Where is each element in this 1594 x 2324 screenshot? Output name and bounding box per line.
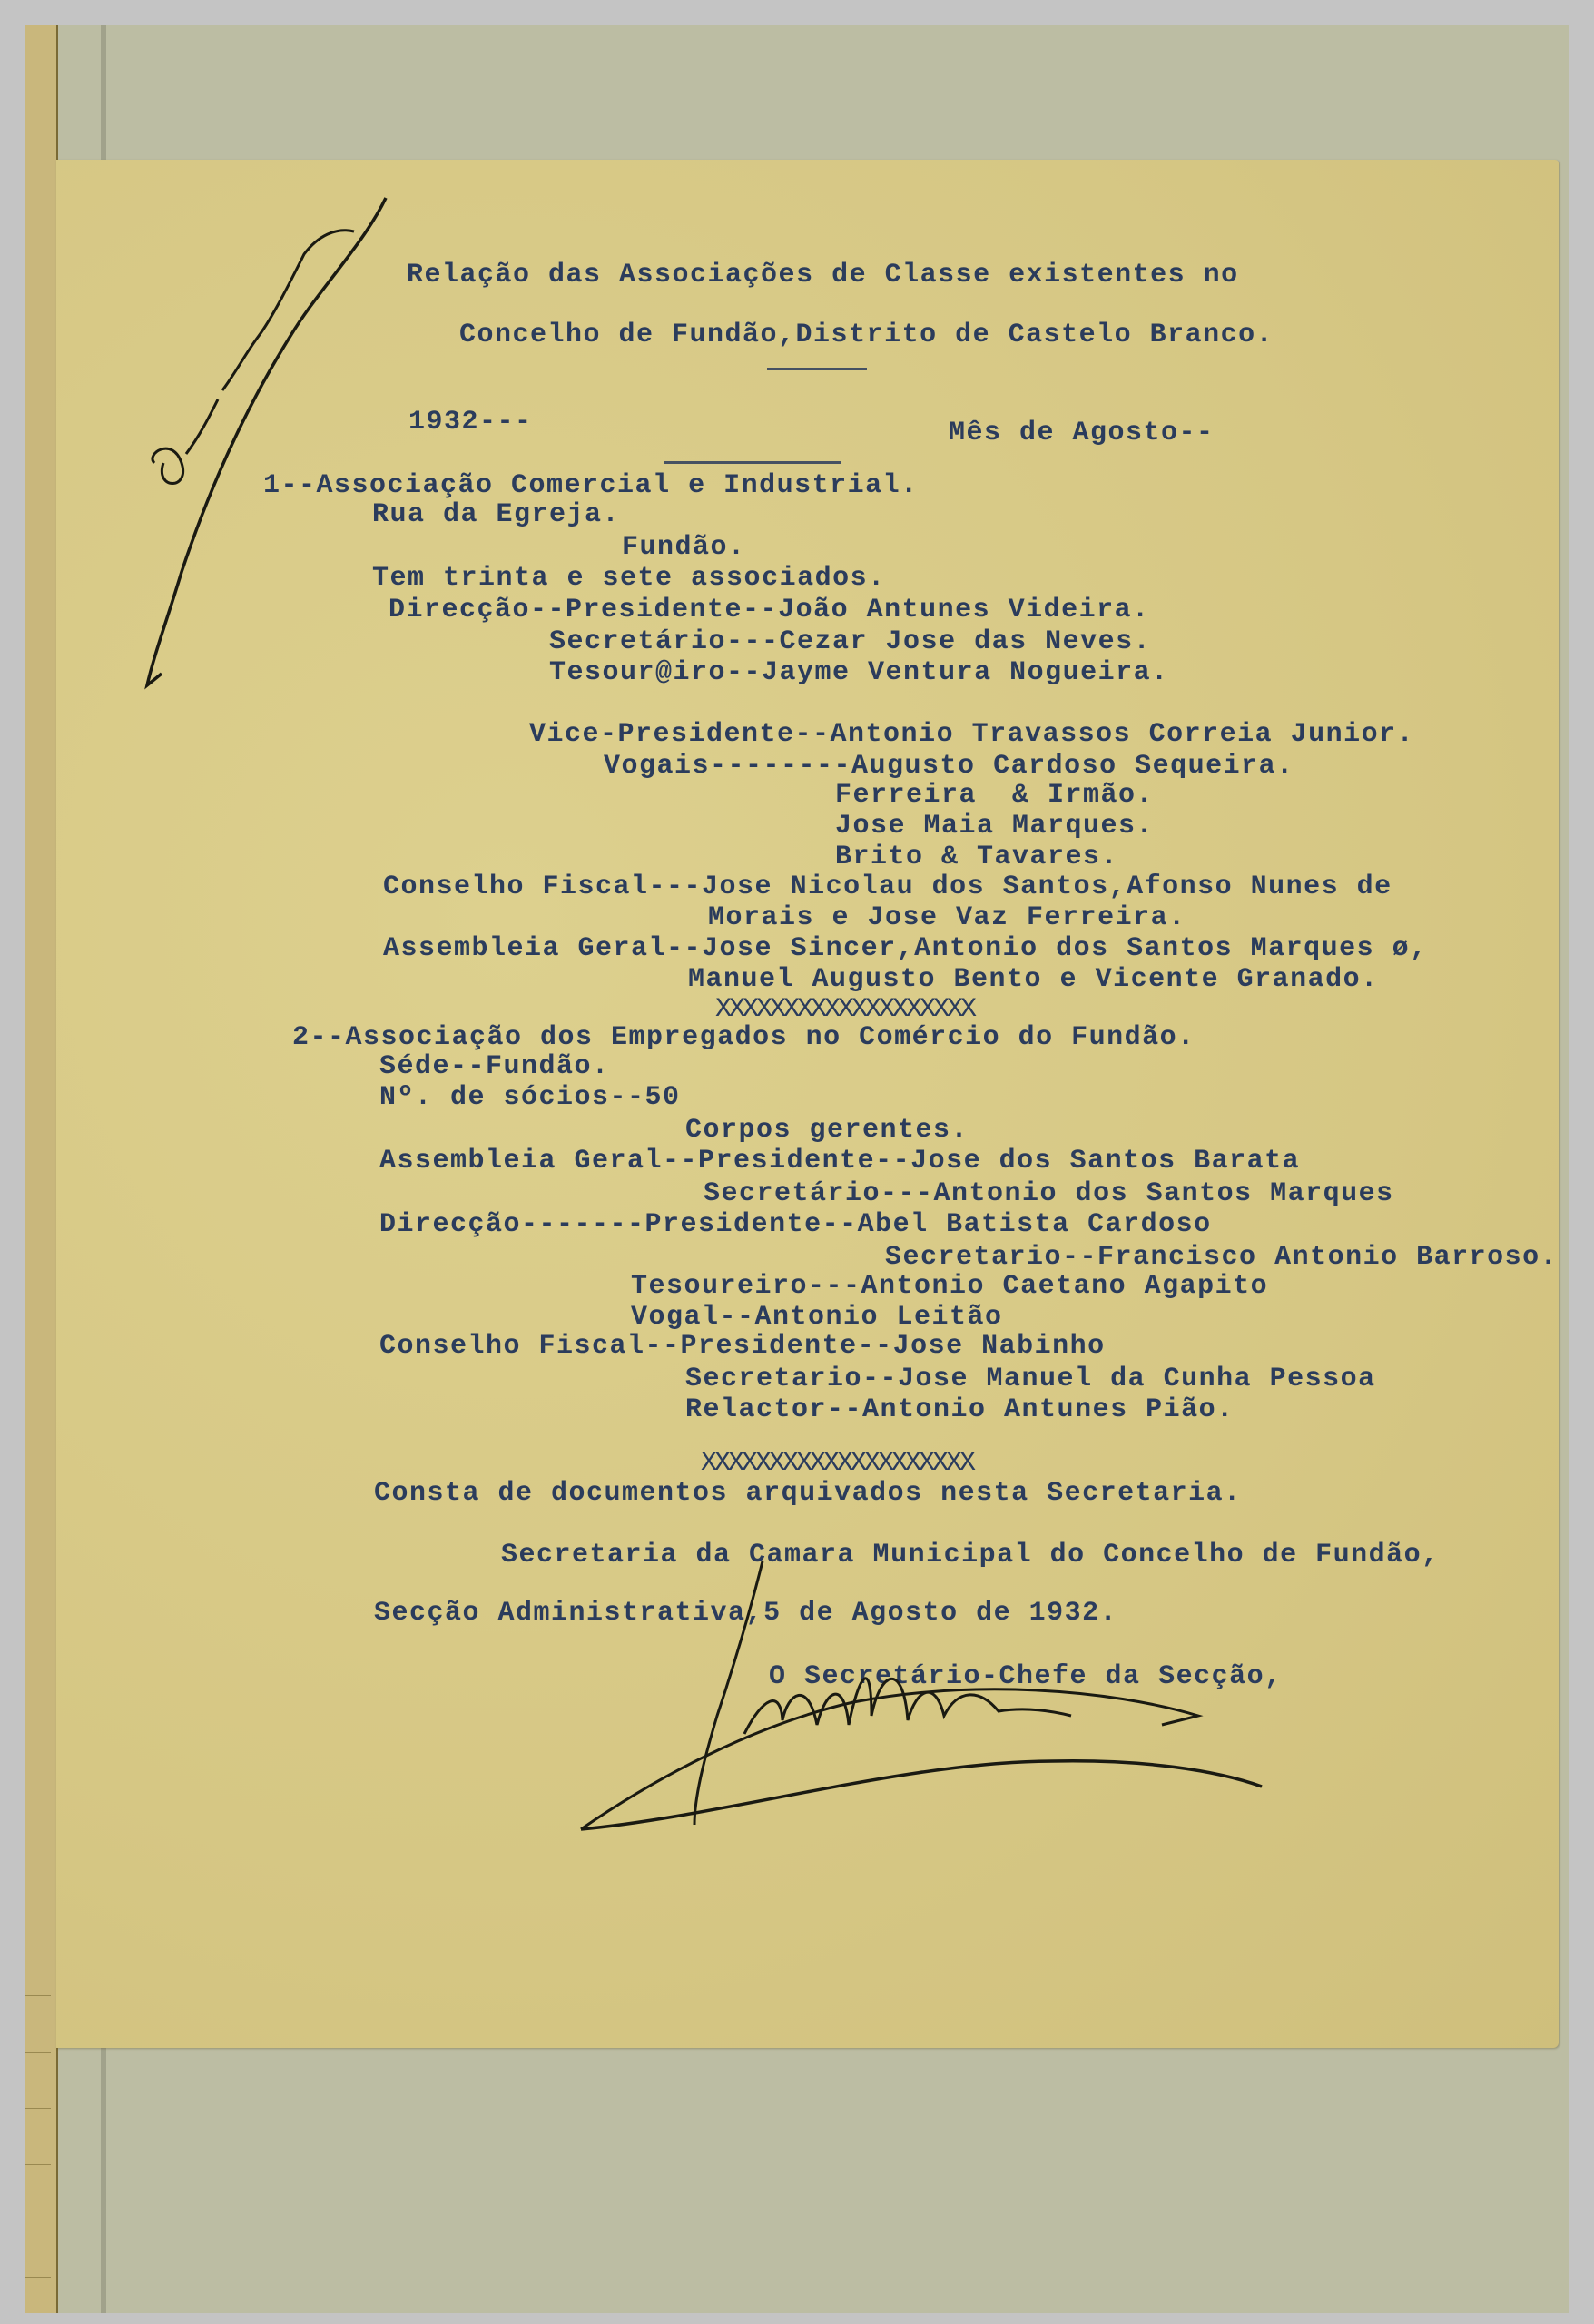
document-title-line-1: Relação das Associações de Classe existe… [407, 260, 1239, 290]
assoc1-direccao-presidente: Direcção--Presidente--João Antunes Videi… [389, 595, 1150, 625]
assoc1-town: Fundão. [622, 532, 746, 563]
month: Mês de Agosto-- [949, 418, 1215, 448]
assoc1-vogais-1: Vogais--------Augusto Cardoso Sequeira. [604, 751, 1294, 782]
assoc1-heading: 1--Associação Comercial e Industrial. [263, 470, 919, 501]
section-rule [664, 461, 841, 464]
assoc2-corpos-gerentes: Corpos gerentes. [685, 1115, 969, 1146]
assoc1-assembleia-geral-2: Manuel Augusto Bento e Vicente Granado. [688, 964, 1379, 995]
assoc1-conselho-fiscal-2: Morais e Jose Vaz Ferreira. [708, 902, 1186, 933]
assoc2-heading: 2--Associação dos Empregados no Comércio… [292, 1022, 1195, 1053]
assoc2-dir-presidente: Direcção-------Presidente--Abel Batista … [379, 1209, 1212, 1240]
assoc1-vice-presidente: Vice-Presidente--Antonio Travassos Corre… [529, 719, 1414, 750]
year: 1932--- [408, 407, 533, 438]
assoc2-cf-relactor: Relactor--Antonio Antunes Pião. [685, 1394, 1235, 1425]
handwritten-duplicado-annotation [136, 191, 408, 699]
assoc2-dir-tesoureiro: Tesoureiro---Antonio Caetano Agapito [631, 1271, 1268, 1302]
assoc2-cf-presidente: Conselho Fiscal--Presidente--Jose Nabinh… [379, 1331, 1106, 1362]
assoc2-sede: Séde--Fundão. [379, 1051, 610, 1082]
assoc1-conselho-fiscal-1: Conselho Fiscal---Jose Nicolau dos Santo… [383, 871, 1392, 902]
handwritten-signature [545, 1552, 1452, 1852]
assoc2-ag-presidente: Assembleia Geral--Presidente--Jose dos S… [379, 1146, 1300, 1177]
assoc1-assembleia-geral-1: Assembleia Geral--Jose Sincer,Antonio do… [383, 933, 1428, 964]
document-title-line-2: Concelho de Fundão,Distrito de Castelo B… [459, 320, 1274, 350]
page-shadow-top [101, 25, 106, 162]
assoc2-ag-secretario: Secretário---Antonio dos Santos Marques [704, 1178, 1394, 1209]
assoc1-members: Tem trinta e sete associados. [372, 563, 886, 594]
assoc2-cf-secretario: Secretario--Jose Manuel da Cunha Pessoa [685, 1364, 1376, 1394]
folder-edge [25, 25, 58, 2313]
page-shadow-bottom [101, 2047, 106, 2313]
assoc1-tesoureiro: Tesour@iro--Jayme Ventura Nogueira. [549, 657, 1169, 688]
assoc1-secretario: Secretário---Cezar Jose das Neves. [549, 626, 1151, 657]
assoc2-separator: XXXXXXXXXXXXXXXXXXXX [701, 1448, 973, 1479]
assoc2-dir-secretario: Secretario--Francisco Antonio Barroso. [885, 1242, 1558, 1273]
footer-note: Consta de documentos arquivados nesta Se… [374, 1478, 1242, 1509]
assoc2-dir-vogal: Vogal--Antonio Leitão [631, 1302, 1003, 1333]
assoc1-address: Rua da Egreja. [372, 499, 620, 530]
title-underline [767, 368, 867, 370]
assoc2-socios: Nº. de sócios--50 [379, 1082, 681, 1113]
assoc1-vogais-3: Jose Maia Marques. [835, 811, 1154, 842]
assoc1-vogais-2: Ferreira & Irmão. [835, 780, 1154, 811]
assoc1-separator: XXXXXXXXXXXXXXXXXXX [715, 994, 974, 1025]
assoc1-vogais-4: Brito & Tavares. [835, 842, 1118, 872]
